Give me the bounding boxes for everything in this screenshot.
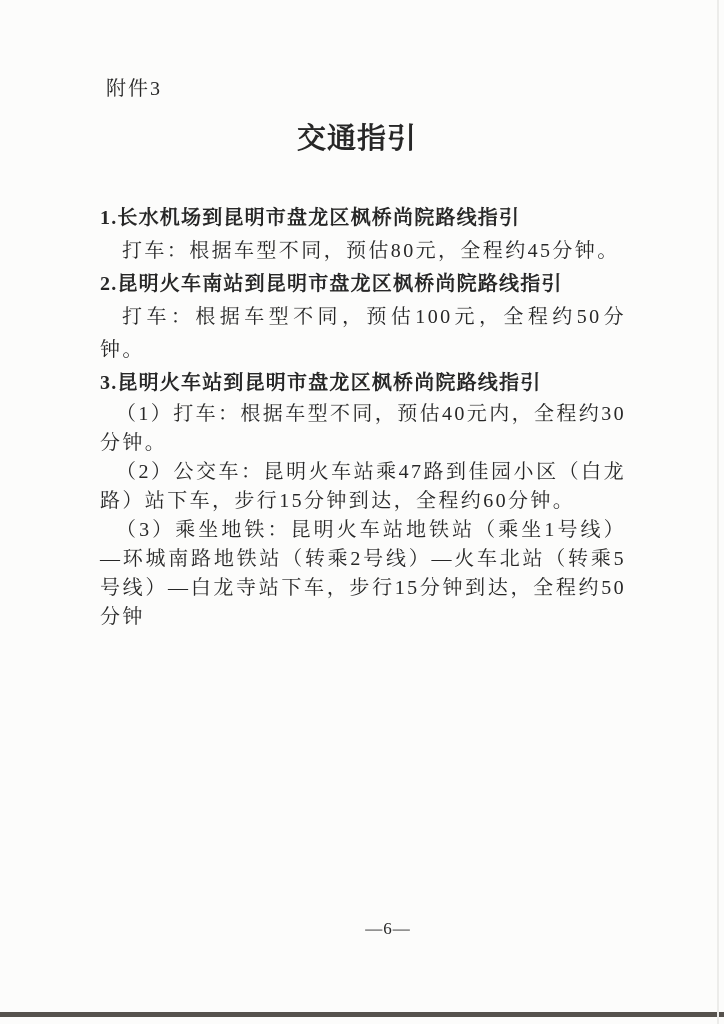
section-heading: 3.昆明火车站到昆明市盘龙区枫桥尚院路线指引: [100, 367, 626, 400]
document-body: 1.长水机场到昆明市盘龙区枫桥尚院路线指引 打车：根据车型不同，预估80元，全程…: [100, 202, 626, 632]
section-paragraph-bus: （2）公交车：昆明火车站乘47路到佳园小区（白龙路）站下车，步行15分钟到达，全…: [100, 458, 626, 516]
section-heading: 1.长水机场到昆明市盘龙区枫桥尚院路线指引: [100, 202, 626, 235]
section-paragraph: 打车：根据车型不同，预估100元，全程约50分钟。: [100, 301, 626, 367]
scan-edge-bottom: [0, 1012, 724, 1017]
document-title: 交通指引: [0, 120, 714, 158]
section-airport-route: 1.长水机场到昆明市盘龙区枫桥尚院路线指引 打车：根据车型不同，预估80元，全程…: [100, 202, 626, 268]
section-south-station-route: 2.昆明火车南站到昆明市盘龙区枫桥尚院路线指引 打车：根据车型不同，预估100元…: [100, 268, 626, 367]
section-railway-station-route: 3.昆明火车站到昆明市盘龙区枫桥尚院路线指引 （1）打车：根据车型不同，预估40…: [100, 367, 626, 632]
section-paragraph: 打车：根据车型不同，预估80元，全程约45分钟。: [100, 235, 626, 268]
page-number: —6—: [26, 918, 724, 940]
section-heading: 2.昆明火车南站到昆明市盘龙区枫桥尚院路线指引: [100, 268, 626, 301]
section-paragraph-taxi: （1）打车：根据车型不同，预估40元内，全程约30分钟。: [100, 400, 626, 458]
scan-edge-right: [717, 0, 719, 1024]
attachment-label: 附件3: [106, 76, 162, 102]
section-paragraph-metro: （3）乘坐地铁：昆明火车站地铁站（乘坐1号线）—环城南路地铁站（转乘2号线）—火…: [100, 516, 626, 632]
document-page: 附件3 交通指引 1.长水机场到昆明市盘龙区枫桥尚院路线指引 打车：根据车型不同…: [0, 0, 724, 1024]
